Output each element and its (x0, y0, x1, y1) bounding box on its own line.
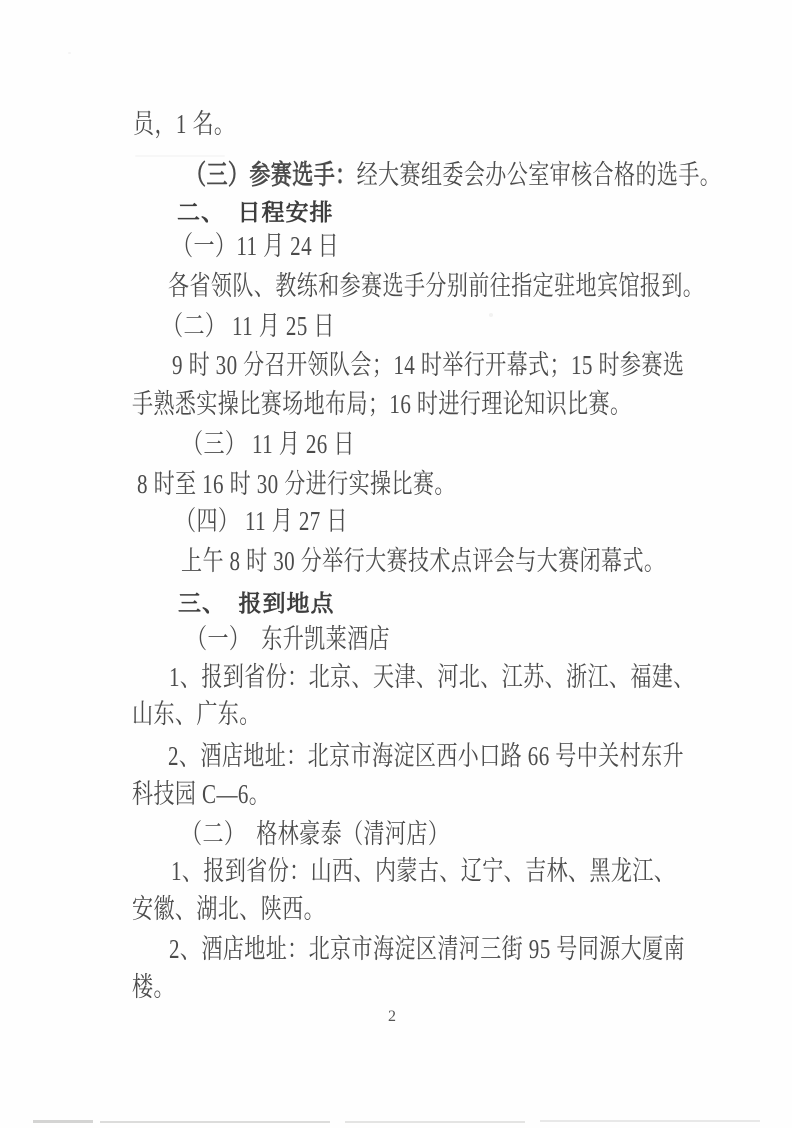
scan-artifact (33, 1120, 93, 1123)
doc-line: 楼。 (132, 972, 175, 1003)
scan-speck (135, 155, 225, 157)
clause-label: （三）参赛选手： (185, 160, 357, 190)
doc-line: 上午 8 时 30 分举行大赛技术点评会与大赛闭幕式。 (181, 546, 665, 577)
scan-artifact (540, 1120, 760, 1122)
scan-artifact (100, 1121, 330, 1123)
doc-line: 1、报到省份：北京、天津、河北、江苏、浙江、福建、 (169, 662, 695, 693)
doc-line: 8 时至 16 时 30 分进行实操比赛。 (137, 469, 456, 500)
doc-line: 员，1 名。 (133, 109, 235, 140)
doc-line: （四） 11 月 27 日 (175, 506, 348, 537)
page-number: 2 (388, 1008, 396, 1026)
doc-line: 2、酒店地址：北京市海淀区西小口路 66 号中关村东升 (168, 741, 684, 772)
doc-line: （二） 11 月 25 日 (162, 311, 335, 342)
doc-line: （三） 11 月 26 日 (182, 429, 355, 460)
doc-line: 9 时 30 分召开领队会；14 时举行开幕式；15 时参赛选 (172, 350, 684, 381)
scanned-document-page: 员，1 名。 （三）参赛选手：经大赛组委会办公室审核合格的选手。 二、 日程安排… (0, 0, 792, 1128)
section-heading-checkin: 三、 报到地点 (178, 590, 335, 616)
doc-line: 山东、广东。 (132, 699, 261, 730)
doc-line: 手熟悉实操比赛场地布局；16 时进行理论知识比赛。 (132, 389, 631, 420)
doc-line: （二） 格林豪泰（清河店） (181, 819, 449, 850)
scan-speck (68, 52, 71, 54)
doc-line: 安徽、湖北、陕西。 (132, 894, 325, 925)
doc-line: 2、酒店地址：北京市海淀区清河三街 95 号同源大厦南 (169, 934, 685, 965)
section-heading-schedule: 二、 日程安排 (177, 199, 334, 225)
doc-line: （三）参赛选手：经大赛组委会办公室审核合格的选手。 (185, 160, 721, 191)
clause-text: 经大赛组委会办公室审核合格的选手。 (357, 160, 722, 190)
doc-line: 科技园 C—6。 (132, 779, 270, 810)
doc-line: （一）11 月 24 日 (172, 231, 339, 262)
scan-speck (489, 313, 493, 317)
doc-line: 1、报到省份：山西、内蒙古、辽宁、吉林、黑龙江、 (171, 856, 675, 887)
doc-line: 各省领队、教练和参赛选手分别前往指定驻地宾馆报到。 (168, 271, 704, 302)
scan-artifact (345, 1121, 525, 1123)
doc-line: （一） 东升凯莱酒店 (186, 624, 390, 655)
